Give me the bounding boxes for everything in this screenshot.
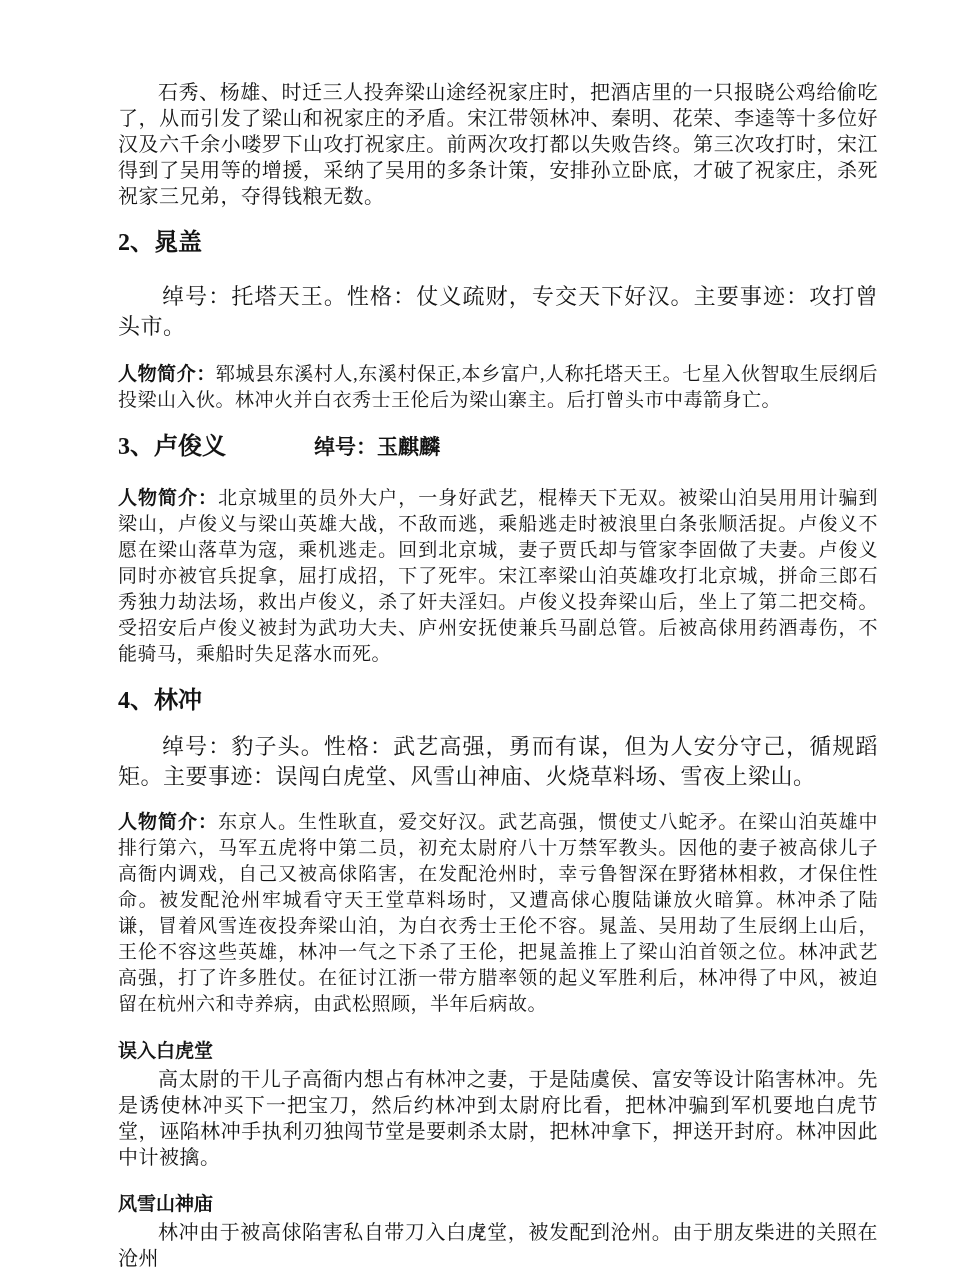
profile-text: 北京城里的员外大户，一身好武艺，棍棒天下无双。被梁山泊吴用用计骗到梁山，卢俊义与… [118, 488, 878, 665]
profile-paragraph-chaogai: 人物简介：郓城县东溪村人,东溪村保正,本乡富户,人称托塔天王。七星入伙智取生辰纲… [118, 362, 878, 414]
profile-label: 人物简介： [118, 812, 218, 833]
nickname-line-chaogai: 绰号：托塔天王。性格：仗义疏财，专交天下好汉。主要事迹：攻打曾头市。 [118, 282, 878, 342]
page-number: 2 [0, 1224, 960, 1242]
episode-title-white-tiger-hall: 误入白虎堂 [118, 1040, 878, 1064]
section-heading-number-name: 3、卢俊义 [118, 434, 226, 460]
intro-paragraph: 石秀、杨雄、时迁三人投奔梁山途经祝家庄时，把酒店里的一只报晓公鸡给偷吃了，从而引… [118, 80, 878, 210]
profile-label: 人物简介： [118, 488, 218, 509]
profile-paragraph-lujunyi: 人物简介：北京城里的员外大户，一身好武艺，棍棒天下无双。被梁山泊吴用用计骗到梁山… [118, 486, 878, 668]
nickname-line-linchong: 绰号：豹子头。性格：武艺高强，勇而有谋，但为人安分守己，循规蹈矩。主要事迹：误闯… [118, 732, 878, 792]
section-heading-lujunyi: 3、卢俊义绰号：玉麒麟 [118, 432, 878, 462]
section-heading-linchong: 4、林冲 [118, 686, 878, 716]
section-heading-nickname: 绰号：玉麒麟 [314, 435, 440, 459]
profile-text: 郓城县东溪村人,东溪村保正,本乡富户,人称托塔天王。七星入伙智取生辰纲后投梁山入… [118, 364, 878, 411]
profile-paragraph-linchong: 人物简介：东京人。生性耿直，爱交好汉。武艺高强，惯使丈八蛇矛。在梁山泊英雄中排行… [118, 810, 878, 1018]
episode-text-white-tiger-hall: 高太尉的干儿子高衙内想占有林冲之妻，于是陆虞侯、富安等设计陷害林冲。先是诱使林冲… [118, 1067, 878, 1171]
profile-label: 人物简介： [118, 364, 216, 385]
section-heading-chaogai: 2、晁盖 [118, 228, 878, 258]
profile-text: 东京人。生性耿直，爱交好汉。武艺高强，惯使丈八蛇矛。在梁山泊英雄中排行第六，马军… [118, 812, 878, 1015]
document-page: 石秀、杨雄、时迁三人投奔梁山途经祝家庄时，把酒店里的一只报晓公鸡给偷吃了，从而引… [0, 0, 960, 1280]
episode-title-mountain-temple: 风雪山神庙 [118, 1193, 878, 1217]
